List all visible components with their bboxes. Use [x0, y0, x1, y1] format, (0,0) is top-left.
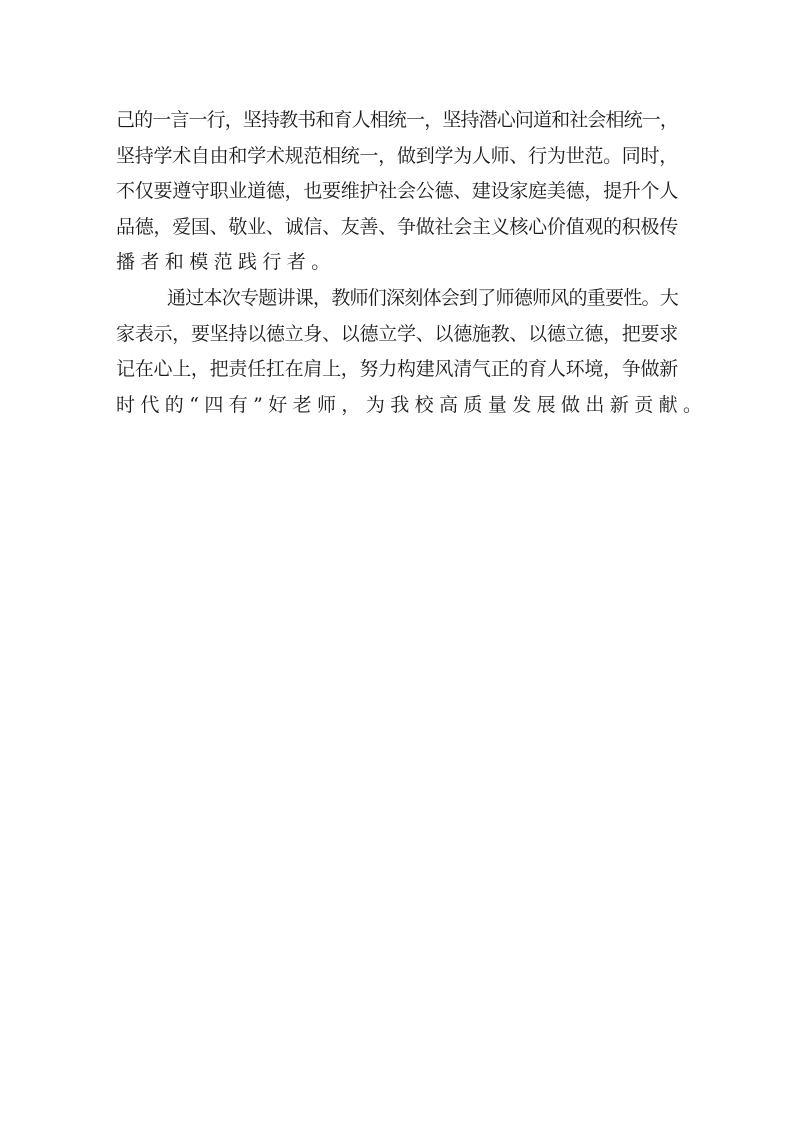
text-line: 己的一言一行，坚持教书和育人相统一，坚持潜心问道和社会相统一，	[116, 106, 678, 142]
text-line: 通过本次专题讲课，教师们深刻体会到了师德师风的重要性。大	[116, 284, 678, 320]
body-text: 己的一言一行，坚持教书和育人相统一，坚持潜心问道和社会相统一， 坚持学术自由和学…	[116, 106, 678, 426]
paragraph-1: 己的一言一行，坚持教书和育人相统一，坚持潜心问道和社会相统一， 坚持学术自由和学…	[116, 106, 678, 284]
text-line: 记在心上，把责任扛在肩上，努力构建风清气正的育人环境，争做新	[116, 355, 678, 391]
text-line: 品德，爱国、敬业、诚信、友善、争做社会主义核心价值观的积极传	[116, 213, 678, 249]
document-page: 己的一言一行，坚持教书和育人相统一，坚持潜心问道和社会相统一， 坚持学术自由和学…	[0, 0, 793, 1122]
paragraph-2: 通过本次专题讲课，教师们深刻体会到了师德师风的重要性。大 家表示，要坚持以德立身…	[116, 284, 678, 426]
text-line: 播者和模范践行者。	[116, 248, 678, 284]
text-line: 不仅要遵守职业道德，也要维护社会公德、建设家庭美德，提升个人	[116, 177, 678, 213]
text-line: 家表示，要坚持以德立身、以德立学、以德施教、以德立德，把要求	[116, 320, 678, 356]
text-line: 时代的“四有”好老师，为我校高质量发展做出新贡献。	[116, 391, 678, 427]
text-line: 坚持学术自由和学术规范相统一，做到学为人师、行为世范。同时，	[116, 142, 678, 178]
